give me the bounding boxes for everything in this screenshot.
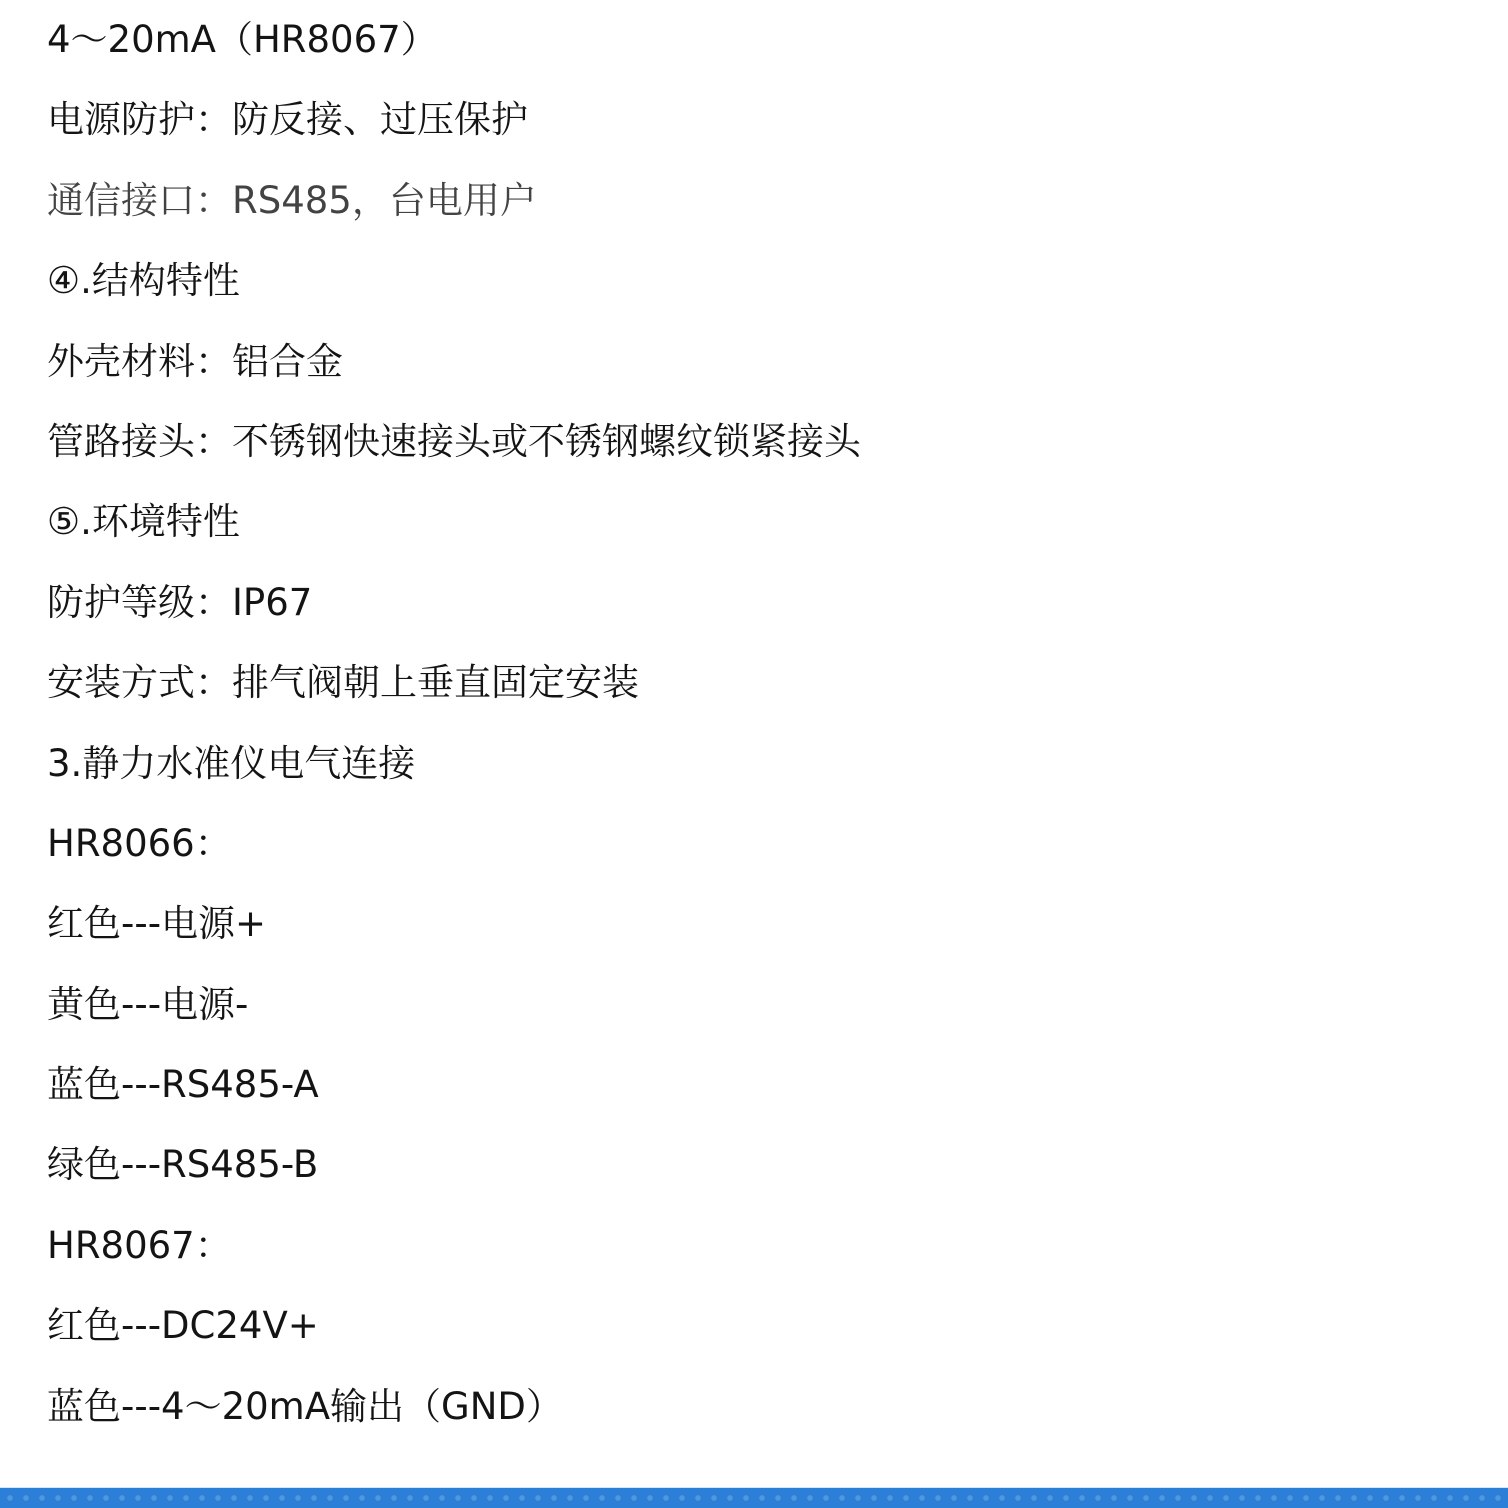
housing-material-line: 外壳材料：铝合金 [47,322,1467,402]
wire-red-hr8066: 红色---电源+ [47,884,1467,964]
spec-document: 4～20mA（HR8067） 电源防护：防反接、过压保护 通信接口：RS485，… [47,0,1467,1447]
section-heading-electrical: 3.静力水准仪电气连接 [47,724,1467,804]
wire-blue-hr8066: 蓝色---RS485-A [47,1045,1467,1125]
model-hr8067-heading: HR8067： [47,1206,1467,1286]
communication-interface-line: 通信接口：RS485，台电用户 [47,161,1467,241]
footer-decorative-bar [0,1487,1508,1508]
wire-green-hr8066: 绿色---RS485-B [47,1125,1467,1205]
model-hr8066-heading: HR8066： [47,804,1467,884]
wire-yellow-hr8066: 黄色---电源- [47,965,1467,1045]
installation-method-line: 安装方式：排气阀朝上垂直固定安装 [47,643,1467,723]
wire-red-hr8067: 红色---DC24V+ [47,1286,1467,1366]
protection-rating-line: 防护等级：IP67 [47,563,1467,643]
section-heading-environment: ⑤.环境特性 [47,482,1467,562]
pipe-connector-line: 管路接头：不锈钢快速接头或不锈钢螺纹锁紧接头 [47,402,1467,482]
power-protection-line: 电源防护：防反接、过压保护 [47,80,1467,160]
wire-blue-hr8067: 蓝色---4～20mA输出（GND） [47,1367,1467,1447]
output-signal-line: 4～20mA（HR8067） [47,0,1467,80]
section-heading-structure: ④.结构特性 [47,241,1467,321]
